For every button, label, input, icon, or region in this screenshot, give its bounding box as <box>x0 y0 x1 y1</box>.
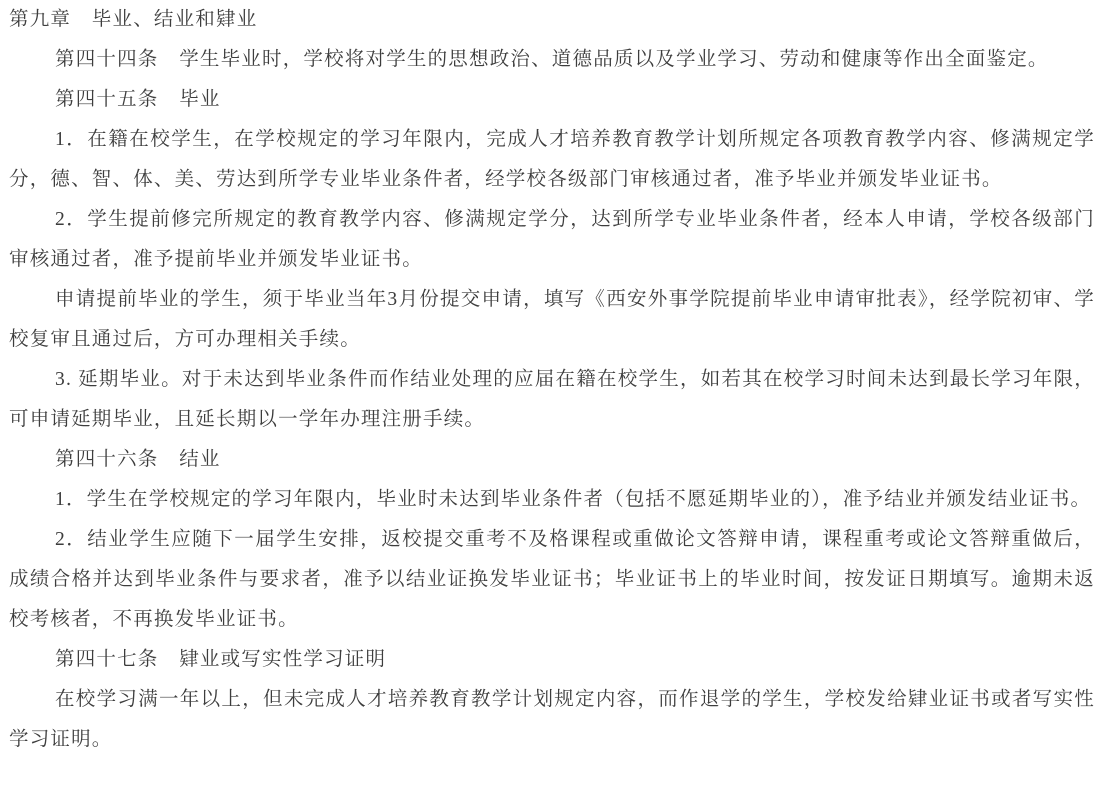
article-45-item-1: 1．在籍在校学生，在学校规定的学习年限内，完成人才培养教育教学计划所规定各项教育… <box>9 120 1095 200</box>
article-46-item-1: 1．学生在学校规定的学习年限内，毕业时未达到毕业条件者（包括不愿延期毕业的），准… <box>9 480 1095 520</box>
article-45-heading: 第四十五条 毕业 <box>9 80 1095 120</box>
article-45-item-2: 2．学生提前修完所规定的教育教学内容、修满规定学分，达到所学专业毕业条件者，经本… <box>9 200 1095 280</box>
article-47-heading: 第四十七条 肄业或写实性学习证明 <box>9 640 1095 680</box>
article-46-heading: 第四十六条 结业 <box>9 440 1095 480</box>
chapter-heading: 第九章 毕业、结业和肄业 <box>9 0 1095 40</box>
regulation-document: 第九章 毕业、结业和肄业 第四十四条 学生毕业时，学校将对学生的思想政治、道德品… <box>0 0 1103 795</box>
article-46-item-2: 2．结业学生应随下一届学生安排，返校提交重考不及格课程或重做论文答辩申请，课程重… <box>9 520 1095 640</box>
article-45-item-2-note: 申请提前毕业的学生，须于毕业当年3月份提交申请，填写《西安外事学院提前毕业申请审… <box>9 280 1095 360</box>
article-45-item-3: 3. 延期毕业。对于未达到毕业条件而作结业处理的应届在籍在校学生，如若其在校学习… <box>9 360 1095 440</box>
article-47-body: 在校学习满一年以上，但未完成人才培养教育教学计划规定内容，而作退学的学生，学校发… <box>9 680 1095 760</box>
article-44: 第四十四条 学生毕业时，学校将对学生的思想政治、道德品质以及学业学习、劳动和健康… <box>9 40 1095 80</box>
